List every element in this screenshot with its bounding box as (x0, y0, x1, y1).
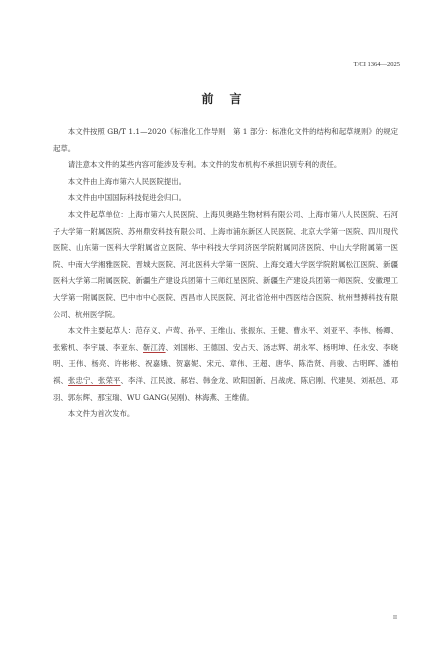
foreword-body: 本文件按照 GB/T 1.1—2020《标准化工作导则 第 1 部分：标准化文件… (53, 124, 398, 423)
standard-number: T/CI 1364—2025 (354, 61, 400, 68)
paragraph-first-release: 本文件为首次发布。 (53, 406, 398, 423)
paragraph-proposer: 本文件由上海市第六人民医院提出。 (53, 174, 398, 191)
paragraph-drafters: 本文件主要起草人：范存义、卢莺、孙平、王维山、张振东、王健、曹永平、刘亚平、李伟… (53, 323, 398, 406)
paragraph-drafting-basis: 本文件按照 GB/T 1.1—2020《标准化工作导则 第 1 部分：标准化文件… (53, 124, 398, 157)
underlined-name: 靳江涛 (143, 343, 166, 352)
paragraph-patent-notice: 请注意本文件的某些内容可能涉及专利。本文件的发布机构不承担识别专利的责任。 (53, 157, 398, 174)
paragraph-drafting-units: 本文件起草单位：上海市第六人民医院、上海贝奥路生物材料有限公司、上海市第八人民医… (53, 207, 398, 323)
paragraph-centralized-unit: 本文件由中国国际科技促进会归口。 (53, 190, 398, 207)
page-number: II (393, 615, 397, 621)
underlined-name: 张忠宁、张荣平 (68, 376, 121, 385)
page-title: 前言 (0, 90, 443, 107)
